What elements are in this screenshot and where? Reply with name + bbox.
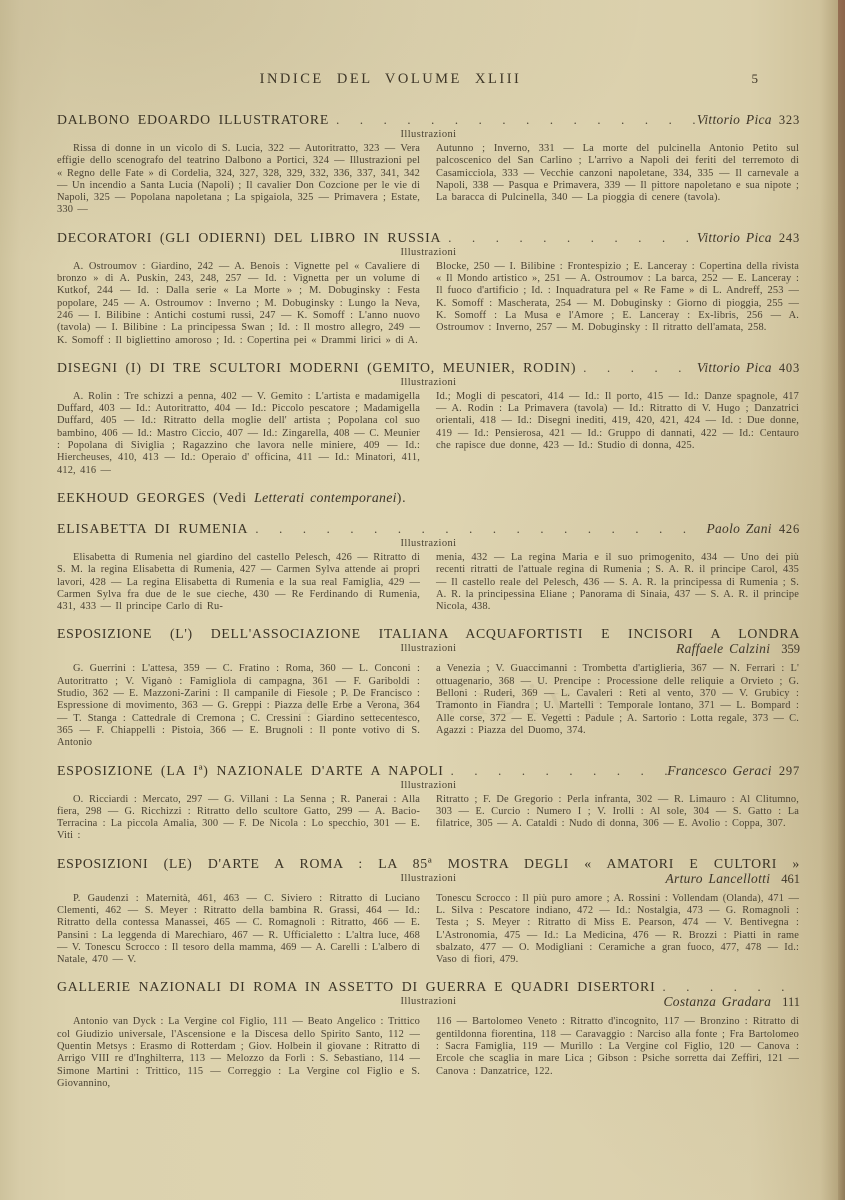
index-entry-esposizione-londra: ESPOSIZIONE (L') DELL'ASSOCIAZIONE ITALI… <box>57 626 800 749</box>
entry-column-left: Rissa di donne in un vicolo di S. Lucia,… <box>57 143 420 217</box>
entry-byline: Costanza Gradara 111 <box>663 993 800 1011</box>
leader-dots: . . . . . . . . . . . . . . . . . . . . … <box>576 361 697 376</box>
entry-byline-row: Illustrazioni Raffaele Calzini 359 <box>57 643 800 660</box>
entry-page-number: 461 <box>781 872 800 886</box>
entry-columns: O. Ricciardi : Mercato, 297 — G. Villani… <box>57 794 800 843</box>
leader-dots: . . . . . . . . . . . . . . . . . . . . … <box>441 231 697 246</box>
entry-columns: G. Guerrini : L'attesa, 359 — C. Fratino… <box>57 663 800 749</box>
entry-title: ELISABETTA DI RUMENIA <box>57 521 248 537</box>
page-edge-shadow <box>838 0 845 1200</box>
illustrations-label: Illustrazioni <box>57 247 800 258</box>
entry-author: Francesco Geraci <box>667 763 772 779</box>
entry-byline: Arturo Lancellotti 461 <box>665 870 800 888</box>
illustrations-label: Illustrazioni <box>57 538 800 549</box>
entry-page-number: 426 <box>779 522 800 537</box>
entry-author: Arturo Lancellotti <box>665 871 770 886</box>
crossref-prefix: EEKHOUD GEORGES (Vedi <box>57 490 254 505</box>
entry-column-right: a Venezia ; V. Guaccimanni : Trombetta d… <box>436 663 799 749</box>
entry-column-left: A. Rolin : Tre schizzi a penna, 402 — V.… <box>57 391 420 477</box>
illustrations-label: Illustrazioni <box>57 129 800 140</box>
entry-columns: A. Rolin : Tre schizzi a penna, 402 — V.… <box>57 391 800 477</box>
entry-title-line: ELISABETTA DI RUMENIA . . . . . . . . . … <box>57 521 800 537</box>
header-title: INDICE DEL VOLUME XLIII <box>260 71 522 88</box>
entry-column-left: P. Gaudenzi : Maternità, 461, 463 — C. S… <box>57 893 420 967</box>
index-entry-decoratori: DECORATORI (GLI ODIERNI) DEL LIBRO IN RU… <box>57 230 800 347</box>
illustrations-label: Illustrazioni <box>57 780 800 791</box>
entry-title: ESPOSIZIONI (LE) D'ARTE A ROMA : LA 85ª … <box>57 856 800 871</box>
entry-title: ESPOSIZIONE (L') DELL'ASSOCIAZIONE ITALI… <box>57 626 800 641</box>
entry-page-number: 403 <box>779 361 800 376</box>
index-entry-eekhoud: EEKHOUD GEORGES (Vedi Letterati contempo… <box>57 490 800 506</box>
entry-title: GALLERIE NAZIONALI DI ROMA IN ASSETTO DI… <box>57 979 655 995</box>
entry-byline-row: Illustrazioni Costanza Gradara 111 <box>57 996 800 1013</box>
entry-column-left: Antonio van Dyck : La Vergine col Figlio… <box>57 1016 420 1090</box>
index-entry-esposizioni-roma: ESPOSIZIONI (LE) D'ARTE A ROMA : LA 85ª … <box>57 856 800 967</box>
entry-title-line: DISEGNI (I) DI TRE SCULTORI MODERNI (GEM… <box>57 360 800 376</box>
entry-column-right: Blocke, 250 — I. Bilibine : Frontespizio… <box>436 261 799 347</box>
folio-number: 5 <box>752 71 759 87</box>
entry-columns: A. Ostroumov : Giardino, 242 — A. Benois… <box>57 261 800 347</box>
entry-columns: Rissa di donne in un vicolo di S. Lucia,… <box>57 143 800 217</box>
entry-byline: Raffaele Calzini 359 <box>676 640 800 658</box>
entry-column-right: 116 — Bartolomeo Veneto : Ritratto d'inc… <box>436 1016 799 1090</box>
entry-columns: Antonio van Dyck : La Vergine col Figlio… <box>57 1016 800 1090</box>
illustrations-label: Illustrazioni <box>57 377 800 388</box>
entry-columns: P. Gaudenzi : Maternità, 461, 463 — C. S… <box>57 893 800 967</box>
entry-author: Vittorio Pica <box>697 230 772 246</box>
entry-title: DECORATORI (GLI ODIERNI) DEL LIBRO IN RU… <box>57 230 441 246</box>
leader-dots: . . . . . . . . . . . . . . . . . . . . … <box>329 113 697 128</box>
entry-title: DALBONO EDOARDO ILLUSTRATORE <box>57 112 329 128</box>
index-entry-elisabetta: ELISABETTA DI RUMENIA . . . . . . . . . … <box>57 521 800 613</box>
entry-page-number: 243 <box>779 231 800 246</box>
crossref-italic: Letterati contemporanei <box>254 490 397 505</box>
entry-columns: Elisabetta di Rumenia nel giardino del c… <box>57 552 800 613</box>
entry-author: Vittorio Pica <box>697 112 772 128</box>
entry-byline-row: Illustrazioni Arturo Lancellotti 461 <box>57 873 800 890</box>
page-header: INDICE DEL VOLUME XLIII 5 <box>57 70 800 88</box>
page-content: INDICE DEL VOLUME XLIII 5 DALBONO EDOARD… <box>57 70 800 1103</box>
entry-author: Costanza Gradara <box>663 994 771 1009</box>
leader-dots: . . . . . . . . . . . . . . . . . . . . … <box>444 764 668 779</box>
entry-author: Raffaele Calzini <box>676 641 770 656</box>
entry-column-left: A. Ostroumov : Giardino, 242 — A. Benois… <box>57 261 420 347</box>
entry-title: ESPOSIZIONE (LA Iª) NAZIONALE D'ARTE A N… <box>57 763 444 779</box>
entry-author: Vittorio Pica <box>697 360 772 376</box>
entry-page-number: 323 <box>779 113 800 128</box>
index-entry-disegni: DISEGNI (I) DI TRE SCULTORI MODERNI (GEM… <box>57 360 800 477</box>
entry-title-line: DECORATORI (GLI ODIERNI) DEL LIBRO IN RU… <box>57 230 800 246</box>
index-entry-dalbono: DALBONO EDOARDO ILLUSTRATORE . . . . . .… <box>57 112 800 217</box>
entry-page-number: 111 <box>782 995 800 1009</box>
leader-dots: . . . . . . . . . . . . . . . . . . . . … <box>248 522 706 537</box>
entry-column-right: Ritratto ; F. De Gregorio : Perla infran… <box>436 794 799 843</box>
entry-title-line: DALBONO EDOARDO ILLUSTRATORE . . . . . .… <box>57 112 800 128</box>
entry-title-line: ESPOSIZIONE (LA Iª) NAZIONALE D'ARTE A N… <box>57 763 800 779</box>
scanned-index-page: Arti Visive INDICE DEL VOLUME XLIII 5 DA… <box>0 0 845 1200</box>
entry-page-number: 359 <box>781 642 800 656</box>
entry-column-right: menia, 432 — La regina Maria e il suo pr… <box>436 552 799 613</box>
entry-page-number: 297 <box>779 764 800 779</box>
crossref-suffix: ). <box>397 490 407 505</box>
entry-column-right: Tonescu Scrocco : Il più puro amore ; A.… <box>436 893 799 967</box>
entry-column-right: Id.; Mogli di pescatori, 414 — Id.: Il p… <box>436 391 799 477</box>
index-entry-gallerie: GALLERIE NAZIONALI DI ROMA IN ASSETTO DI… <box>57 979 800 1090</box>
entry-column-left: O. Ricciardi : Mercato, 297 — G. Villani… <box>57 794 420 843</box>
entry-column-left: Elisabetta di Rumenia nel giardino del c… <box>57 552 420 613</box>
entry-title: DISEGNI (I) DI TRE SCULTORI MODERNI (GEM… <box>57 360 576 376</box>
entry-column-left: G. Guerrini : L'attesa, 359 — C. Fratino… <box>57 663 420 749</box>
entry-author: Paolo Zani <box>706 521 771 537</box>
entry-column-right: Autunno ; Inverno, 331 — La morte del pu… <box>436 143 799 217</box>
index-entry-esposizione-napoli: ESPOSIZIONE (LA Iª) NAZIONALE D'ARTE A N… <box>57 763 800 843</box>
